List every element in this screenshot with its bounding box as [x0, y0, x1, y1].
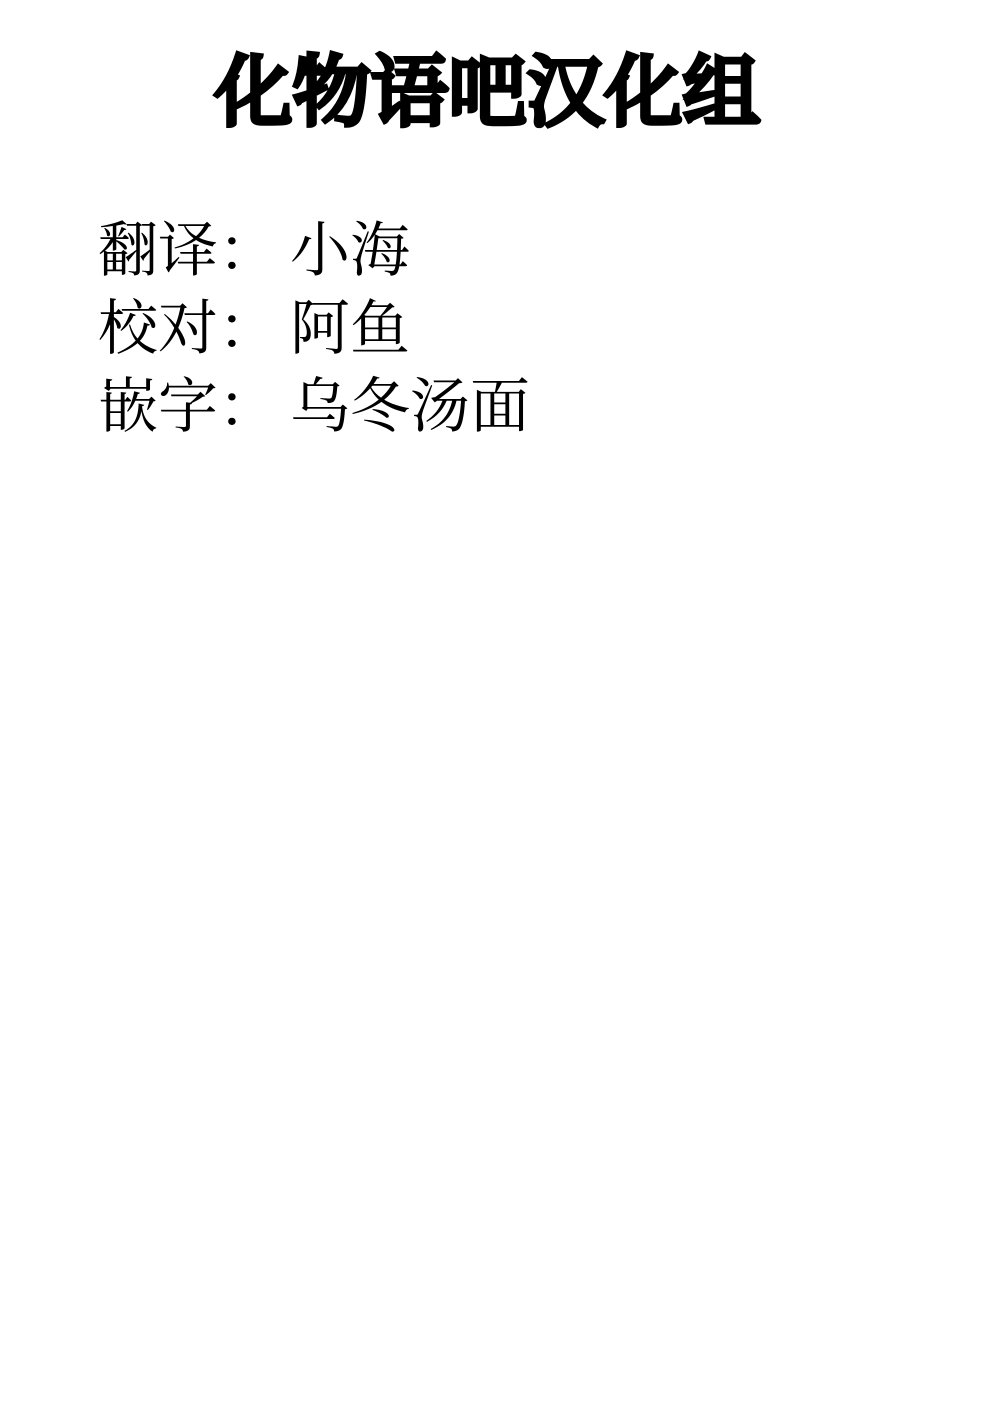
credit-role-label: 校对：	[98, 290, 290, 368]
credit-name: 乌冬汤面	[290, 368, 530, 446]
credits-list: 翻译： 小海 校对： 阿鱼 嵌字： 乌冬汤面	[98, 212, 530, 446]
group-title: 化物语吧汉化组	[0, 48, 975, 138]
credit-name: 阿鱼	[290, 290, 410, 368]
credit-row-typesetting: 嵌字： 乌冬汤面	[98, 368, 530, 446]
credit-name: 小海	[290, 212, 410, 290]
credit-row-translation: 翻译： 小海	[98, 212, 530, 290]
credit-role-label: 嵌字：	[98, 368, 290, 446]
credit-row-proofreading: 校对： 阿鱼	[98, 290, 530, 368]
credit-role-label: 翻译：	[98, 212, 290, 290]
